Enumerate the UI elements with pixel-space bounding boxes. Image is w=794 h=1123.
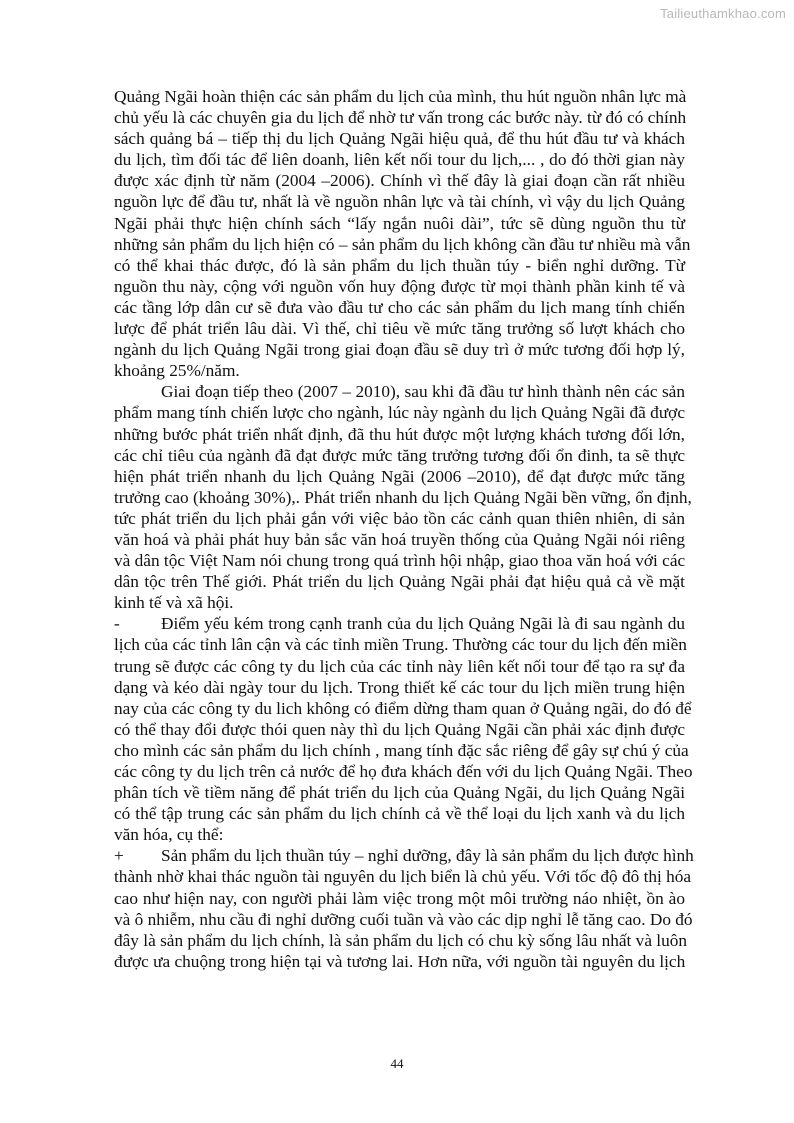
text-line: trung sẽ được các công ty du lịch của cá… — [114, 656, 685, 677]
page-number: 44 — [0, 1056, 794, 1072]
text-line: sách quảng bá – tiếp thị du lịch Quảng N… — [114, 128, 685, 149]
text-line: dạng và kéo dài ngày tour du lịch. Trong… — [114, 677, 685, 698]
document-body: Quảng Ngãi hoàn thiện các sản phẩm du lị… — [114, 86, 685, 972]
text-line: Giai đoạn tiếp theo (2007 – 2010), sau k… — [114, 381, 685, 402]
paragraph-continuation: Quảng Ngãi hoàn thiện các sản phẩm du lị… — [114, 86, 685, 381]
text-line: Ngãi phải thực hiện chính sách “lấy ngắn… — [114, 213, 685, 234]
text-line: lịch của các tỉnh lân cận và các tỉnh mi… — [114, 634, 685, 655]
paragraph-second-phase: Giai đoạn tiếp theo (2007 – 2010), sau k… — [114, 381, 685, 613]
text-line: dân tộc trên Thế giới. Phát triển du lịc… — [114, 571, 685, 592]
text-line: đây là sản phẩm du lịch chính, là sản ph… — [114, 930, 685, 951]
text-line: tức phát triển du lịch phải gắn với việc… — [114, 508, 685, 529]
text-line: và ô nhiễm, nhu cầu đi nghỉ dưỡng cuối t… — [114, 909, 685, 930]
text-line: Sản phẩm du lịch thuần túy – nghỉ dưỡng,… — [161, 845, 694, 866]
text-line: nguồn lực để đầu tư, nhất là về nguồn nh… — [114, 191, 685, 212]
text-line: Điểm yếu kém trong cạnh tranh của du lịc… — [161, 613, 685, 634]
text-line: và dân tộc Việt Nam nói chung trong quá … — [114, 550, 685, 571]
text-line: ngành du lịch Quảng Ngãi trong giai đoạn… — [114, 339, 685, 360]
text-line: những bước phát triển nhất định, đã thu … — [114, 424, 685, 445]
watermark-text: Tailieuthamkhao.com — [660, 6, 786, 21]
text-line: cao như hiện nay, con người phải làm việ… — [114, 888, 685, 909]
text-line: có thể khai thác được, đó là sản phẩm du… — [114, 255, 685, 276]
text-line: phân tích về tiềm năng để phát triển du … — [114, 782, 685, 803]
text-line: Quảng Ngãi hoàn thiện các sản phẩm du lị… — [114, 86, 685, 107]
text-line: hiện phát triển nhanh du lịch Quảng Ngãi… — [114, 466, 685, 487]
text-line: các tầng lớp dân cư sẽ đưa vào đầu tư ch… — [114, 297, 685, 318]
text-line: được xác định từ năm (2004 –2006). Chính… — [114, 170, 685, 191]
text-line: du lịch, tìm đối tác để liên doanh, liên… — [114, 149, 685, 170]
text-line: trưởng cao (khoảng 30%),. Phát triển nha… — [114, 487, 685, 508]
text-line: nguồn thu này, cộng với nguồn vốn huy độ… — [114, 276, 685, 297]
text-line: lược để phát triển lâu dài. Vì thế, chỉ … — [114, 318, 685, 339]
text-line: có thể thay đổi được thói quen này thì d… — [114, 719, 685, 740]
text-line: chủ yếu là các chuyên gia du lịch để nhờ… — [114, 107, 685, 128]
bullet-line: + Sản phẩm du lịch thuần túy – nghỉ dưỡn… — [114, 845, 685, 866]
text-line: được ưa chuộng trong hiện tại và tương l… — [114, 951, 685, 972]
text-line: cho mình các sản phẩm du lịch chính , ma… — [114, 740, 685, 761]
text-line: nay của các công ty du lich không có điể… — [114, 698, 685, 719]
dash-bullet-marker: - — [114, 613, 161, 634]
text-line: có thể tập trung các sản phẩm du lịch ch… — [114, 803, 685, 824]
text-line: các chỉ tiêu của ngành đã đạt được mức t… — [114, 445, 685, 466]
text-line: khoảng 25%/năm. — [114, 360, 685, 381]
bullet-line: - Điểm yếu kém trong cạnh tranh của du l… — [114, 613, 685, 634]
text-line: những sản phẩm du lịch hiện có – sản phẩ… — [114, 234, 685, 255]
text-line: văn hoá và phải phát huy bản sắc văn hoá… — [114, 529, 685, 550]
text-line: văn hóa, cụ thể: — [114, 824, 685, 845]
bullet-beach-resort-tourism: + Sản phẩm du lịch thuần túy – nghỉ dưỡn… — [114, 845, 685, 972]
text-line: thành nhờ khai thác nguồn tài nguyên du … — [114, 866, 685, 887]
text-line: kinh tế và xã hội. — [114, 592, 685, 613]
bullet-weakness: - Điểm yếu kém trong cạnh tranh của du l… — [114, 613, 685, 845]
text-line: các công ty du lịch trên cả nước để họ đ… — [114, 761, 685, 782]
plus-bullet-marker: + — [114, 845, 161, 866]
text-line: phẩm mang tính chiến lược cho ngành, lúc… — [114, 402, 685, 423]
